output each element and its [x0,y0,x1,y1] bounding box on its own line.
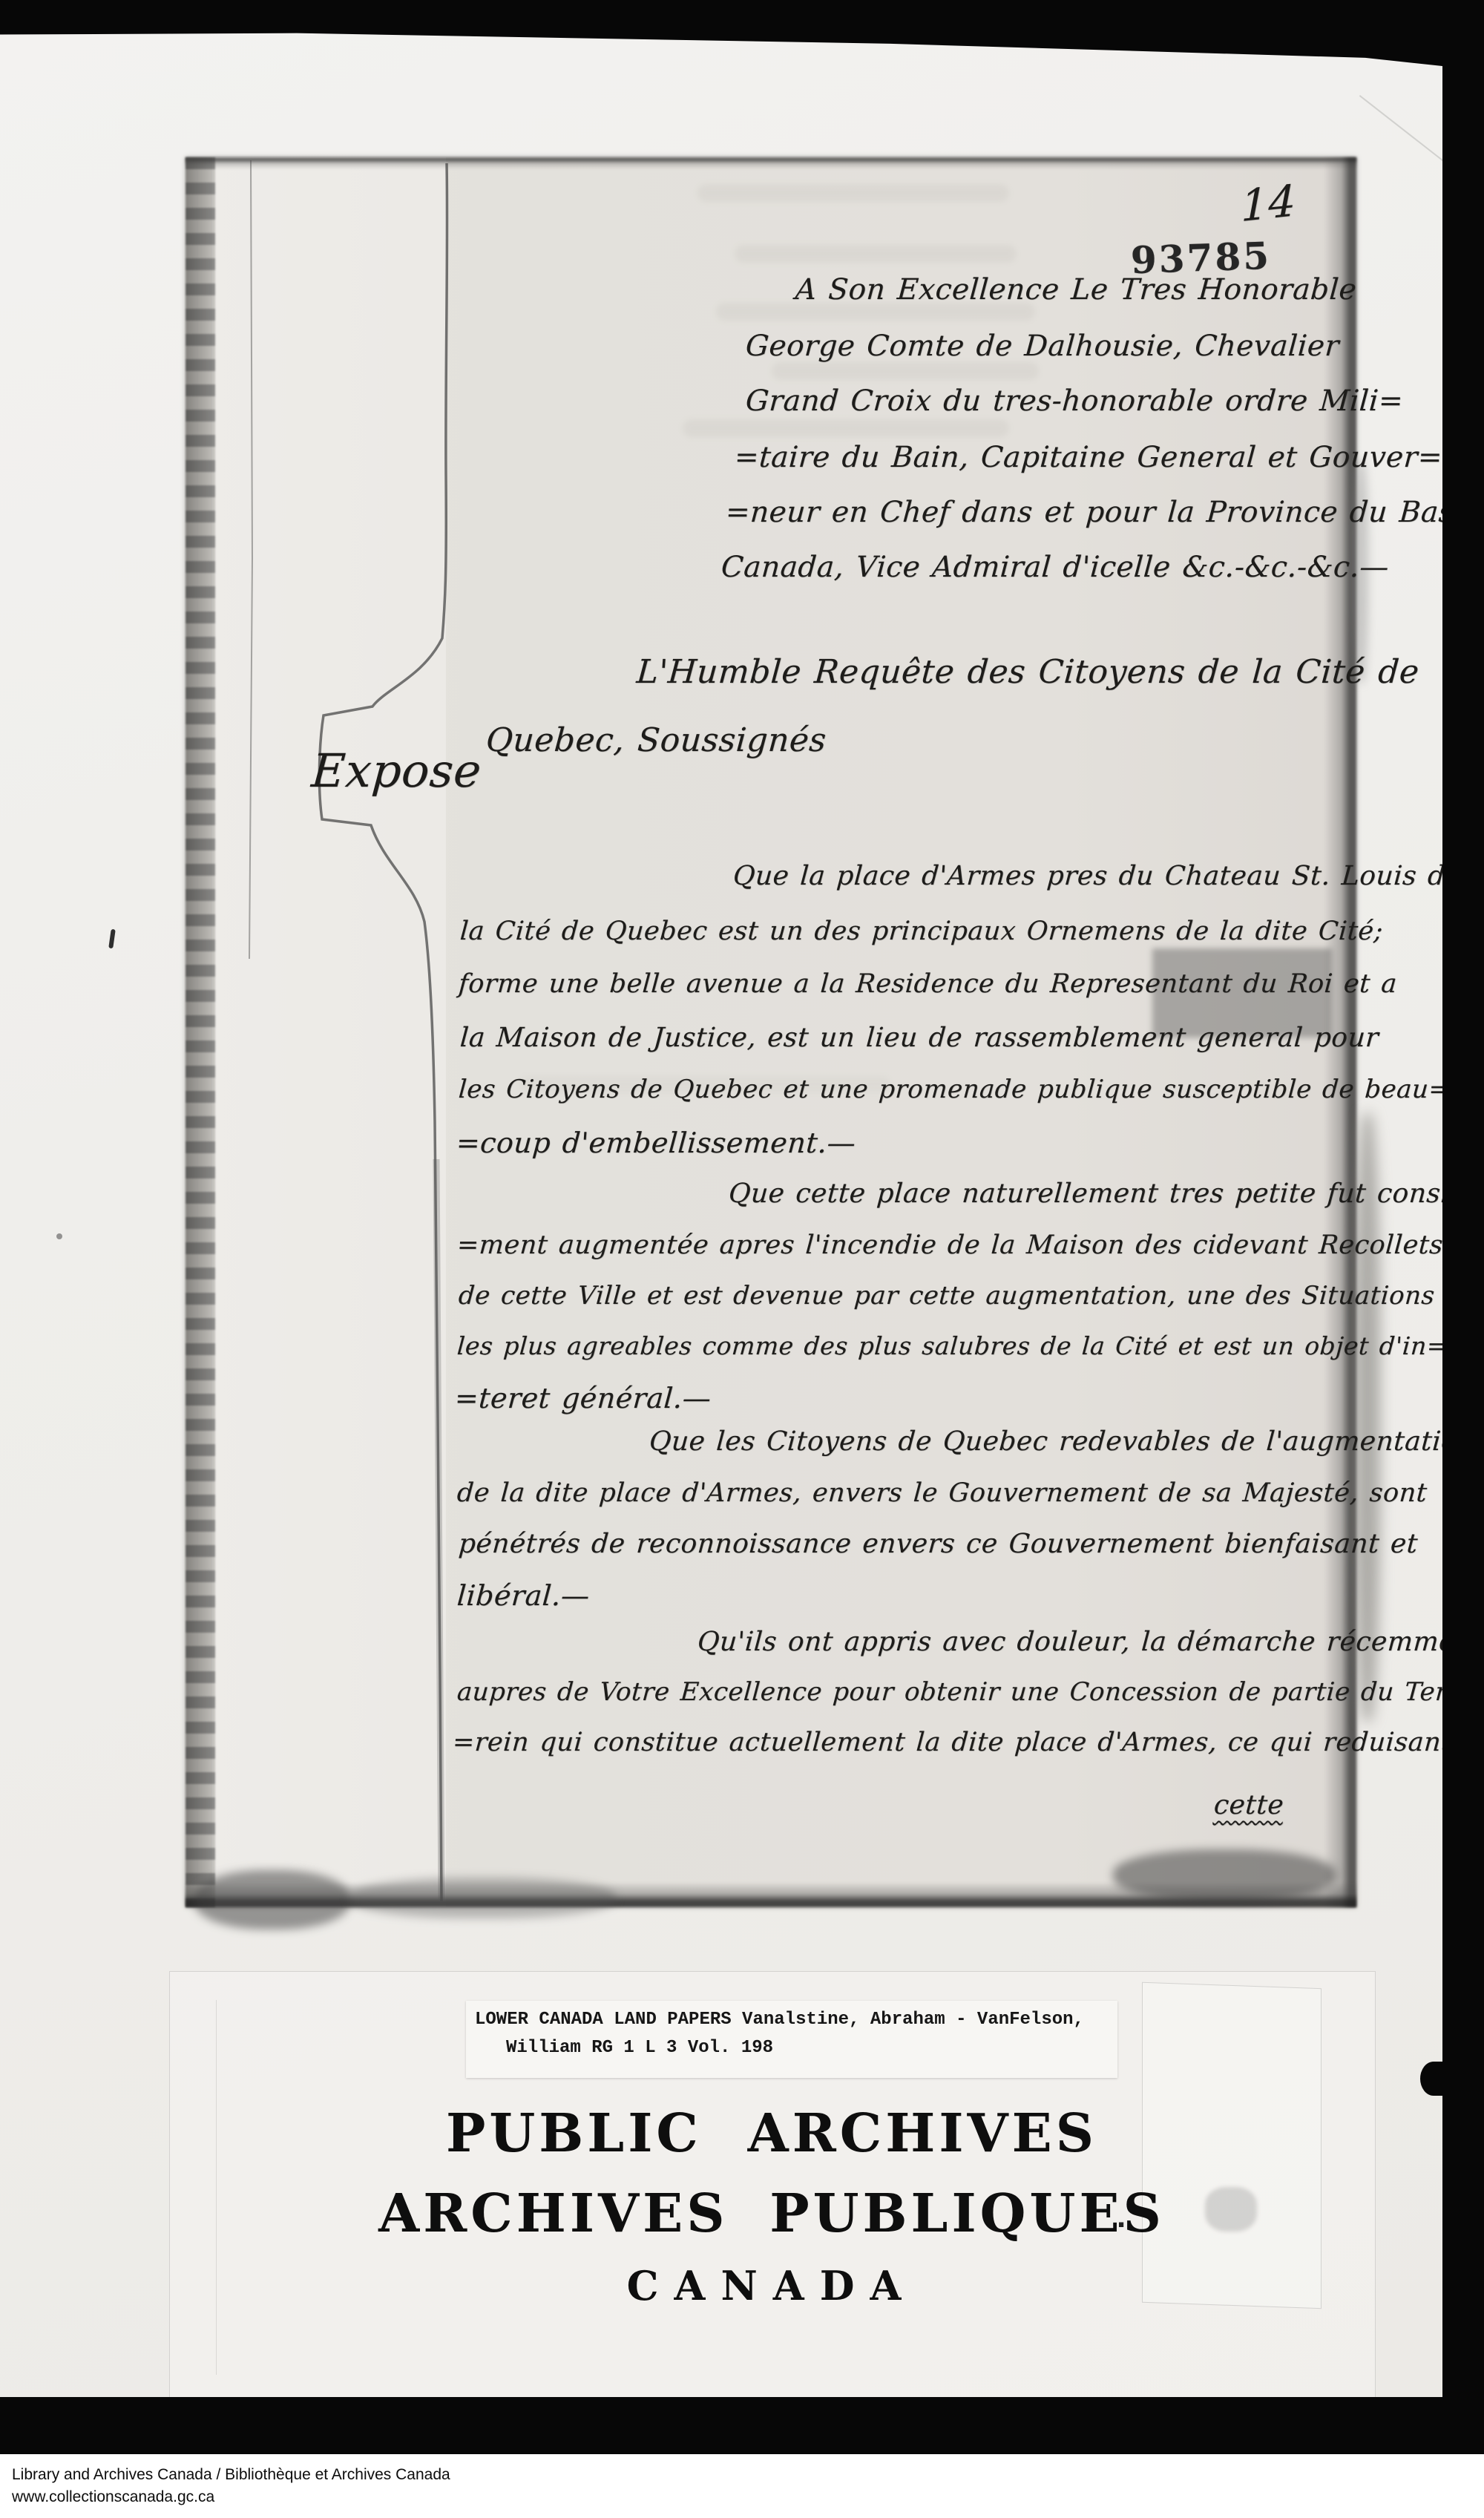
body-line: aupres de Votre Excellence pour obtenir … [456,1677,1471,1707]
address-line: Grand Croix du tres-honorable ordre Mili… [744,384,1404,418]
title-dot-artifact: . [1117,2198,1126,2235]
body-line: forme une belle avenue a la Residence du… [458,969,1399,999]
body-line: les plus agreables comme des plus salubr… [456,1331,1449,1360]
body-line: de la dite place d'Armes, envers le Gouv… [456,1478,1428,1508]
margin-mark [108,929,116,949]
body-line: pénétrés de reconnoissance envers ce Gou… [458,1529,1419,1559]
public-archives-title-fr: ARCHIVES PUBLIQUES [171,2182,1373,2244]
page-corner-stain-right [1113,1849,1336,1901]
page-bottom-stain [349,1878,616,1918]
body-line: Que cette place naturellement tres petit… [728,1178,1484,1209]
photo-background: 14 93785 A Son Excellence Le Tres Honora… [0,0,1484,2454]
body-line: les Citoyens de Quebec et une promenade … [458,1075,1451,1104]
film-edge-bottom [0,2397,1484,2454]
petition-heading-line: L'Humble Requête des Citoyens de la Cité… [635,653,1420,691]
catchword: cette [1213,1790,1285,1820]
petition-heading-line: Quebec, Soussignés [485,721,827,759]
body-line: =rein qui constitue actuellement la dite… [452,1728,1454,1757]
body-line: Qu'ils ont appris avec douleur, la démar… [697,1627,1484,1657]
bleed-through [683,419,1009,437]
paper-speck [56,1233,62,1239]
address-line: =neur en Chef dans et pour la Province d… [724,496,1454,529]
film-edge-top [0,0,1484,71]
public-archives-title-en: PUBLIC ARCHIVES [171,2102,1373,2164]
bleed-through [697,184,1009,202]
public-archives-country: CANADA [171,2262,1373,2309]
body-line: la Maison de Justice, est un lieu de ras… [459,1023,1380,1053]
address-line: =taire du Bain, Capitaine General et Gou… [733,441,1443,474]
margin-word-expose: Expose [309,744,483,798]
body-line: =ment augmentée apres l'incendie de la M… [456,1230,1445,1260]
lac-footer: Library and Archives Canada / Bibliothèq… [0,2454,1484,2518]
page-corner-stain-left [194,1870,350,1930]
reference-label-line1: LOWER CANADA LAND PAPERS Vanalstine, Abr… [475,2010,1084,2030]
body-line: =teret général.— [453,1382,712,1414]
footer-institution-line: Library and Archives Canada / Bibliothèq… [12,2466,450,2484]
reference-label-line2: William RG 1 L 3 Vol. 198 [506,2038,773,2058]
body-line: de cette Ville et est devenue par cette … [458,1281,1436,1311]
address-line: George Comte de Dalhousie, Chevalier [744,329,1340,363]
body-line: la Cité de Quebec est un des principaux … [459,917,1385,946]
body-line: libéral.— [456,1579,591,1612]
body-line: =coup d'embellissement.— [455,1127,856,1159]
film-edge-notch [1420,2062,1447,2096]
scanned-document: 14 93785 A Son Excellence Le Tres Honora… [0,0,1484,2518]
bleed-through [735,245,1017,263]
film-edge-right [1442,0,1484,2454]
address-line: Canada, Vice Admiral d'icelle &c.-&c.-&c… [720,551,1390,584]
body-line: Que les Citoyens de Quebec redevables de… [649,1426,1477,1457]
reference-label: LOWER CANADA LAND PAPERS Vanalstine, Abr… [466,2001,1117,2078]
bleed-through [772,362,1039,380]
body-line: Que la place d'Armes pres du Chateau St.… [732,861,1462,891]
footer-url: www.collectionscanada.gc.ca [12,2488,214,2506]
page-number: 14 [1241,175,1296,232]
address-line: A Son Excellence Le Tres Honorable [794,273,1357,306]
